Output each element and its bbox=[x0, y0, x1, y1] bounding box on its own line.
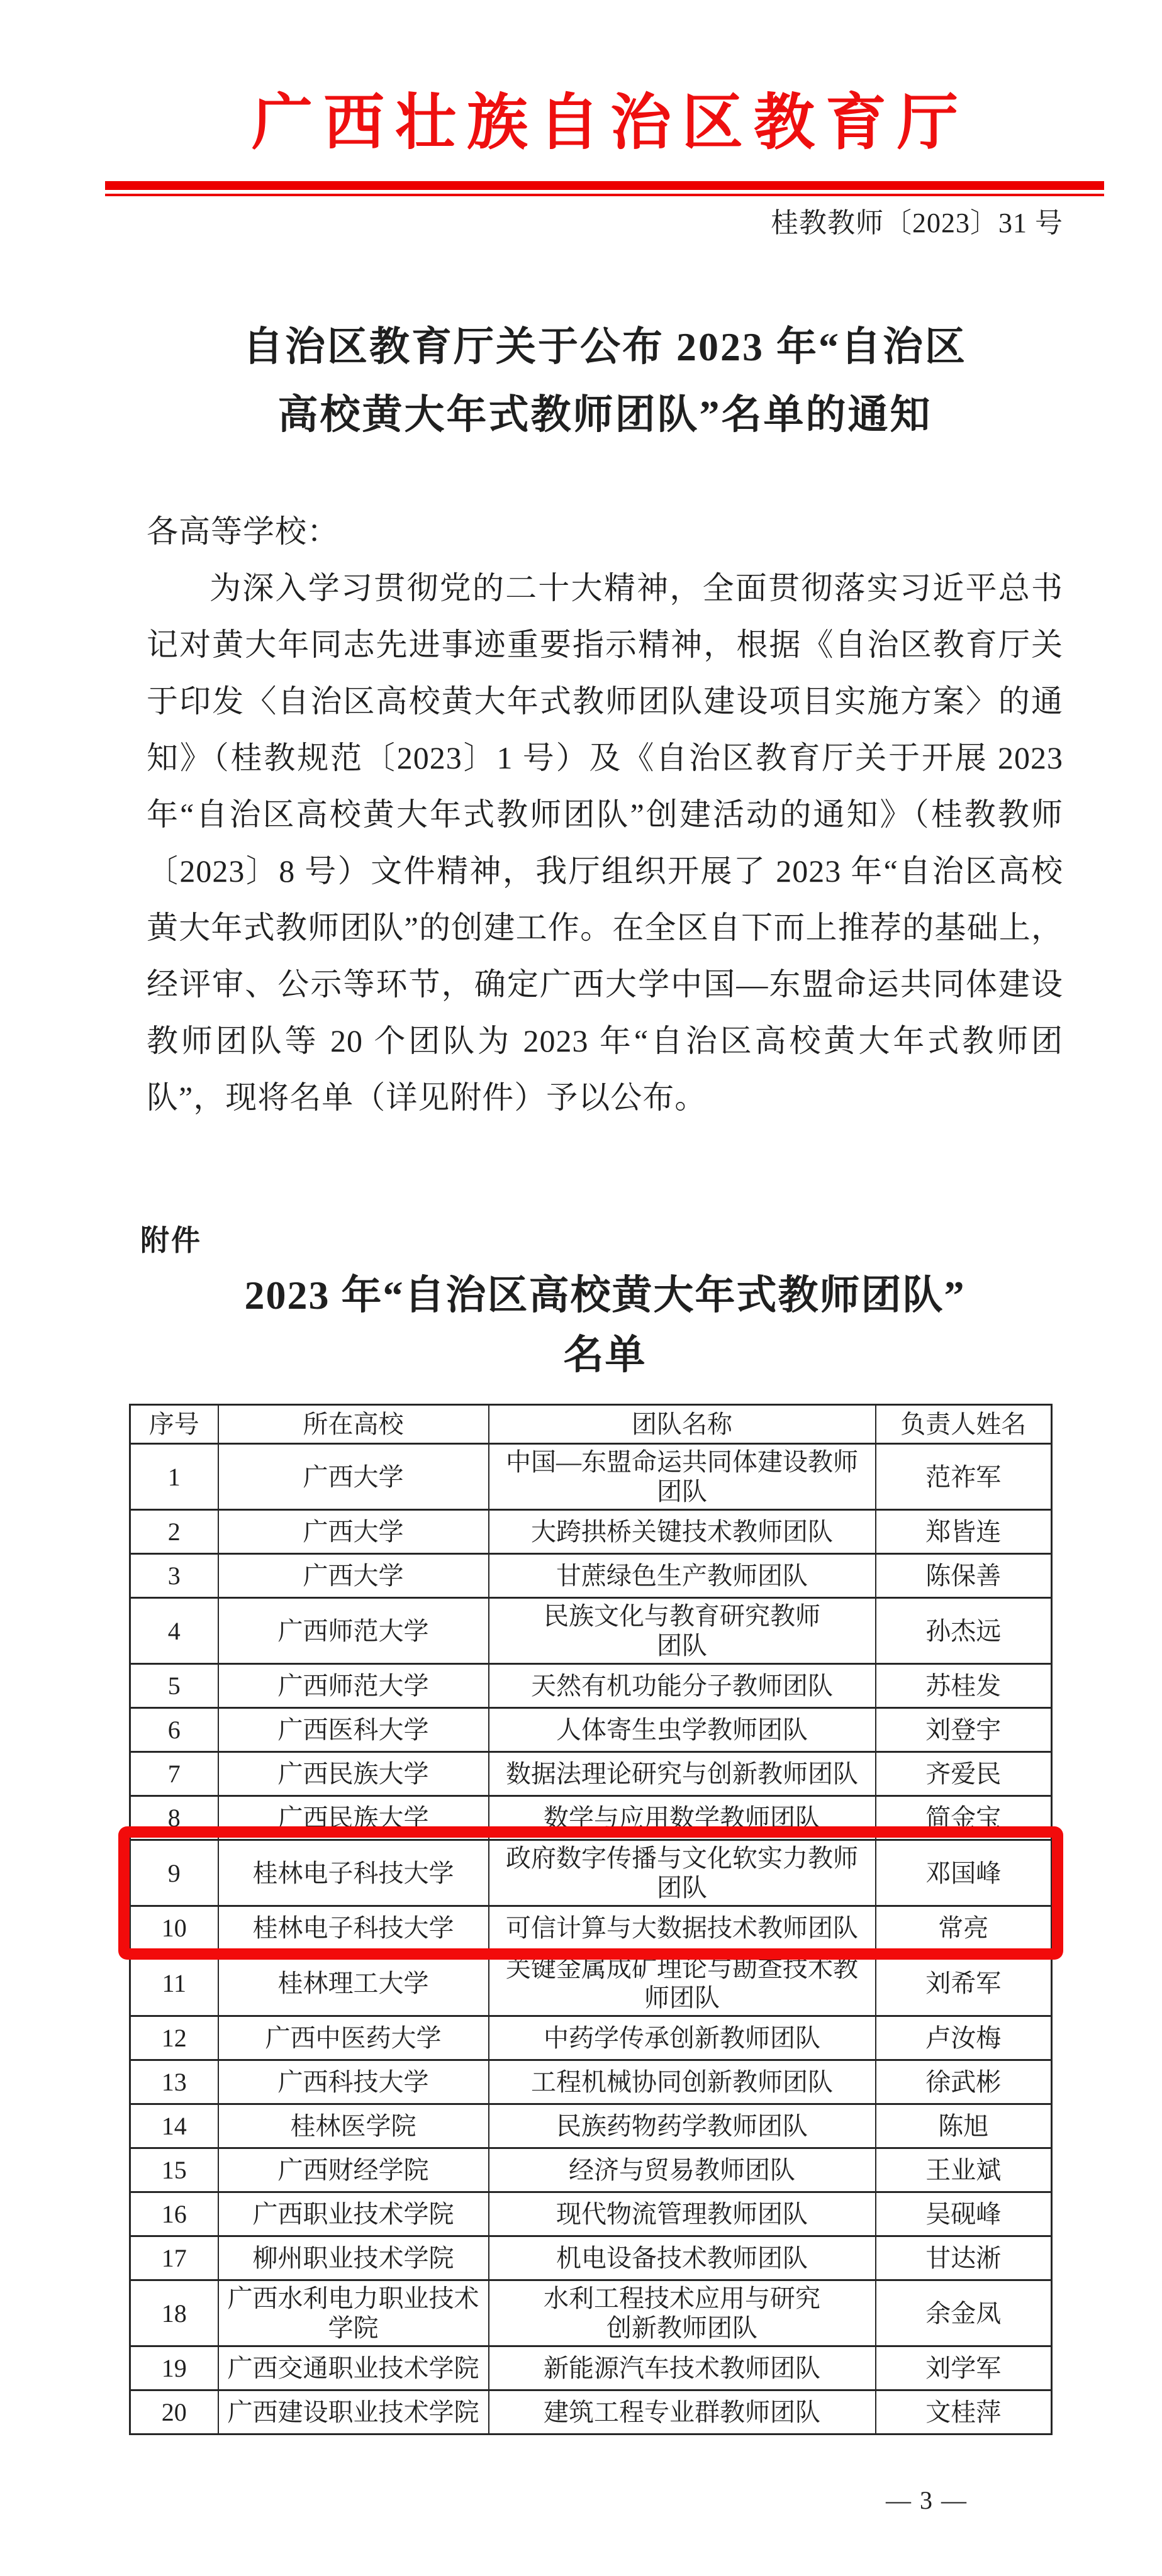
cell-school: 广西大学 bbox=[218, 1554, 489, 1598]
cell-school: 广西水利电力职业技术 学院 bbox=[218, 2280, 489, 2346]
cell-school: 广西大学 bbox=[218, 1510, 489, 1554]
cell-no: 20 bbox=[130, 2390, 218, 2434]
cell-team: 中药学传承创新教师团队 bbox=[489, 2016, 876, 2060]
cell-team: 经济与贸易教师团队 bbox=[489, 2148, 876, 2192]
cell-leader: 常亮 bbox=[876, 1906, 1052, 1950]
cell-leader: 孙杰远 bbox=[876, 1598, 1052, 1664]
cell-school: 广西师范大学 bbox=[218, 1598, 489, 1664]
cell-team: 关键金属成矿理论与勘查技术教 师团队 bbox=[489, 1950, 876, 2016]
attachment-label: 附件 bbox=[140, 1218, 202, 1259]
cell-team: 人体寄生虫学教师团队 bbox=[489, 1708, 876, 1752]
cell-team: 机电设备技术教师团队 bbox=[489, 2236, 876, 2280]
cell-no: 10 bbox=[130, 1906, 218, 1950]
table-row: 2广西大学大跨拱桥关键技术教师团队郑皆连 bbox=[130, 1510, 1052, 1554]
cell-leader: 齐爱民 bbox=[876, 1752, 1052, 1796]
cell-team: 民族文化与教育研究教师 团队 bbox=[489, 1598, 876, 1664]
cell-no: 14 bbox=[130, 2104, 218, 2148]
cell-leader: 文桂萍 bbox=[876, 2390, 1052, 2434]
cell-no: 18 bbox=[130, 2280, 218, 2346]
cell-leader: 简金宝 bbox=[876, 1796, 1052, 1840]
cell-team: 中国—东盟命运共同体建设教师 团队 bbox=[489, 1444, 876, 1510]
cell-school: 广西交通职业技术学院 bbox=[218, 2346, 489, 2390]
cell-no: 13 bbox=[130, 2060, 218, 2104]
table-row: 16广西职业技术学院现代物流管理教师团队吴砚峰 bbox=[130, 2192, 1052, 2236]
cell-leader: 刘登宇 bbox=[876, 1708, 1052, 1752]
cell-leader: 陈旭 bbox=[876, 2104, 1052, 2148]
cell-team: 政府数字传播与文化软实力教师 团队 bbox=[489, 1840, 876, 1906]
issuing-org-title: 广西壮族自治区教育厅 bbox=[147, 87, 1063, 159]
cell-team: 天然有机功能分子教师团队 bbox=[489, 1664, 876, 1708]
table-row: 9桂林电子科技大学政府数字传播与文化软实力教师 团队邓国峰 bbox=[130, 1840, 1052, 1906]
cell-no: 9 bbox=[130, 1840, 218, 1906]
attachment-title-line-2: 名单 bbox=[147, 1325, 1063, 1385]
table-row: 17柳州职业技术学院机电设备技术教师团队甘达淅 bbox=[130, 2236, 1052, 2280]
notice-title-line-2: 高校黄大年式教师团队”名单的通知 bbox=[147, 381, 1063, 449]
cell-school: 广西师范大学 bbox=[218, 1664, 489, 1708]
salutation: 各高等学校： bbox=[147, 503, 1063, 560]
cell-leader: 范祚军 bbox=[876, 1444, 1052, 1510]
cell-school: 桂林电子科技大学 bbox=[218, 1906, 489, 1950]
header-leader: 负责人姓名 bbox=[876, 1405, 1052, 1444]
table-row: 19广西交通职业技术学院新能源汽车技术教师团队刘学军 bbox=[130, 2346, 1052, 2390]
document-number: 桂教教师〔2023〕31 号 bbox=[147, 208, 1063, 239]
table-row: 13广西科技大学工程机械协同创新教师团队徐武彬 bbox=[130, 2060, 1052, 2104]
cell-no: 17 bbox=[130, 2236, 218, 2280]
cell-leader: 卢汝梅 bbox=[876, 2016, 1052, 2060]
cell-school: 柳州职业技术学院 bbox=[218, 2236, 489, 2280]
table-row: 4广西师范大学民族文化与教育研究教师 团队孙杰远 bbox=[130, 1598, 1052, 1664]
table-row: 18广西水利电力职业技术 学院水利工程技术应用与研究 创新教师团队余金凤 bbox=[130, 2280, 1052, 2346]
table-row: 7广西民族大学数据法理论研究与创新教师团队齐爱民 bbox=[130, 1752, 1052, 1796]
attachment-title: 2023 年“自治区高校黄大年式教师团队” 名单 bbox=[147, 1265, 1063, 1385]
cell-leader: 余金凤 bbox=[876, 2280, 1052, 2346]
table-row: 8广西民族大学数学与应用数学教师团队简金宝 bbox=[130, 1796, 1052, 1840]
cell-no: 11 bbox=[130, 1950, 218, 2016]
cell-team: 现代物流管理教师团队 bbox=[489, 2192, 876, 2236]
document-page: 广西壮族自治区教育厅 桂教教师〔2023〕31 号 自治区教育厅关于公布 202… bbox=[0, 0, 1162, 2576]
cell-no: 4 bbox=[130, 1598, 218, 1664]
table-row: 1广西大学中国—东盟命运共同体建设教师 团队范祚军 bbox=[130, 1444, 1052, 1510]
cell-school: 桂林理工大学 bbox=[218, 1950, 489, 2016]
table-row: 6广西医科大学人体寄生虫学教师团队刘登宇 bbox=[130, 1708, 1052, 1752]
cell-school: 广西财经学院 bbox=[218, 2148, 489, 2192]
cell-school: 广西民族大学 bbox=[218, 1796, 489, 1840]
cell-leader: 陈保善 bbox=[876, 1554, 1052, 1598]
table-row: 5广西师范大学天然有机功能分子教师团队苏桂发 bbox=[130, 1664, 1052, 1708]
cell-no: 15 bbox=[130, 2148, 218, 2192]
cell-team: 数据法理论研究与创新教师团队 bbox=[489, 1752, 876, 1796]
cell-team: 水利工程技术应用与研究 创新教师团队 bbox=[489, 2280, 876, 2346]
cell-no: 3 bbox=[130, 1554, 218, 1598]
cell-team: 大跨拱桥关键技术教师团队 bbox=[489, 1510, 876, 1554]
header-team: 团队名称 bbox=[489, 1405, 876, 1444]
cell-no: 5 bbox=[130, 1664, 218, 1708]
cell-team: 民族药物药学教师团队 bbox=[489, 2104, 876, 2148]
team-table-body: 1广西大学中国—东盟命运共同体建设教师 团队范祚军2广西大学大跨拱桥关键技术教师… bbox=[130, 1444, 1052, 2434]
header-no: 序号 bbox=[130, 1405, 218, 1444]
cell-no: 6 bbox=[130, 1708, 218, 1752]
table-row: 12广西中医药大学中药学传承创新教师团队卢汝梅 bbox=[130, 2016, 1052, 2060]
cell-leader: 郑皆连 bbox=[876, 1510, 1052, 1554]
cell-no: 1 bbox=[130, 1444, 218, 1510]
cell-no: 16 bbox=[130, 2192, 218, 2236]
attachment-title-line-1: 2023 年“自治区高校黄大年式教师团队” bbox=[147, 1265, 1063, 1325]
cell-leader: 徐武彬 bbox=[876, 2060, 1052, 2104]
cell-leader: 刘希军 bbox=[876, 1950, 1052, 2016]
cell-no: 8 bbox=[130, 1796, 218, 1840]
table-row: 10桂林电子科技大学可信计算与大数据技术教师团队常亮 bbox=[130, 1906, 1052, 1950]
notice-title-line-1: 自治区教育厅关于公布 2023 年“自治区 bbox=[147, 313, 1063, 381]
cell-no: 2 bbox=[130, 1510, 218, 1554]
table-header-row: 序号 所在高校 团队名称 负责人姓名 bbox=[130, 1405, 1052, 1444]
cell-no: 19 bbox=[130, 2346, 218, 2390]
cell-leader: 苏桂发 bbox=[876, 1664, 1052, 1708]
cell-team: 建筑工程专业群教师团队 bbox=[489, 2390, 876, 2434]
cell-leader: 刘学军 bbox=[876, 2346, 1052, 2390]
table-row: 3广西大学甘蔗绿色生产教师团队陈保善 bbox=[130, 1554, 1052, 1598]
cell-school: 广西科技大学 bbox=[218, 2060, 489, 2104]
notice-title: 自治区教育厅关于公布 2023 年“自治区 高校黄大年式教师团队”名单的通知 bbox=[147, 313, 1063, 449]
cell-team: 数学与应用数学教师团队 bbox=[489, 1796, 876, 1840]
cell-school: 广西民族大学 bbox=[218, 1752, 489, 1796]
cell-leader: 邓国峰 bbox=[876, 1840, 1052, 1906]
cell-school: 广西大学 bbox=[218, 1444, 489, 1510]
cell-school: 广西建设职业技术学院 bbox=[218, 2390, 489, 2434]
cell-leader: 甘达淅 bbox=[876, 2236, 1052, 2280]
cell-no: 7 bbox=[130, 1752, 218, 1796]
page-number: — 3 — bbox=[886, 2485, 968, 2515]
body-paragraph: 为深入学习贯彻党的二十大精神，全面贯彻落实习近平总书记对黄大年同志先进事迹重要指… bbox=[147, 560, 1063, 1126]
cell-school: 广西职业技术学院 bbox=[218, 2192, 489, 2236]
header-school: 所在高校 bbox=[218, 1405, 489, 1444]
cell-school: 广西医科大学 bbox=[218, 1708, 489, 1752]
table-row: 11桂林理工大学关键金属成矿理论与勘查技术教 师团队刘希军 bbox=[130, 1950, 1052, 2016]
cell-school: 桂林电子科技大学 bbox=[218, 1840, 489, 1906]
table-row: 14桂林医学院民族药物药学教师团队陈旭 bbox=[130, 2104, 1052, 2148]
notice-body: 各高等学校： 为深入学习贯彻党的二十大精神，全面贯彻落实习近平总书记对黄大年同志… bbox=[147, 503, 1063, 1126]
cell-team: 可信计算与大数据技术教师团队 bbox=[489, 1906, 876, 1950]
table-row: 15广西财经学院经济与贸易教师团队王业斌 bbox=[130, 2148, 1052, 2192]
table-row: 20广西建设职业技术学院建筑工程专业群教师团队文桂萍 bbox=[130, 2390, 1052, 2434]
cell-leader: 王业斌 bbox=[876, 2148, 1052, 2192]
cell-team: 新能源汽车技术教师团队 bbox=[489, 2346, 876, 2390]
cell-team: 甘蔗绿色生产教师团队 bbox=[489, 1554, 876, 1598]
cell-school: 广西中医药大学 bbox=[218, 2016, 489, 2060]
cell-leader: 吴砚峰 bbox=[876, 2192, 1052, 2236]
cell-no: 12 bbox=[130, 2016, 218, 2060]
team-table: 序号 所在高校 团队名称 负责人姓名 1广西大学中国—东盟命运共同体建设教师 团… bbox=[129, 1404, 1053, 2435]
cell-school: 桂林医学院 bbox=[218, 2104, 489, 2148]
cell-team: 工程机械协同创新教师团队 bbox=[489, 2060, 876, 2104]
red-divider-rule bbox=[105, 181, 1104, 196]
